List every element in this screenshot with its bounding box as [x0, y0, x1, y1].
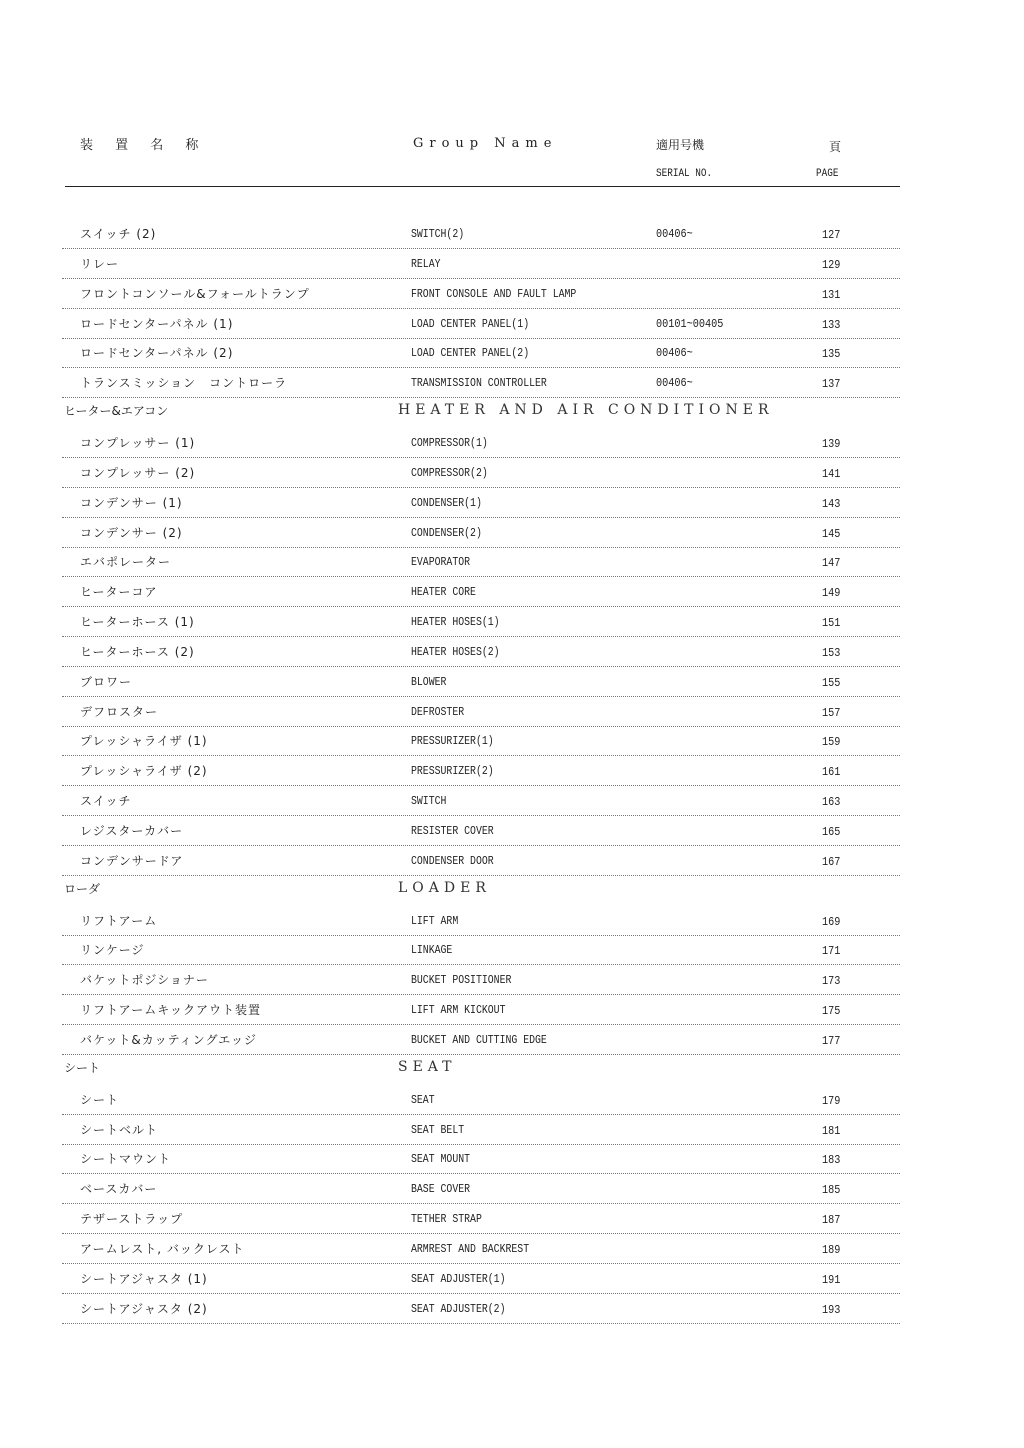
item-name-jp: シートアジャスタ (1) — [80, 1270, 208, 1287]
item-group-name: CONDENSER(2) — [411, 526, 482, 540]
dotted-leader-line — [62, 397, 900, 398]
item-page-number: 133 — [822, 318, 840, 332]
table-row: ベースカバーBASE COVER185 — [0, 1180, 1024, 1210]
dotted-leader-line — [62, 845, 900, 846]
dotted-leader-line — [62, 1293, 900, 1294]
section-title-jp: シート — [64, 1059, 100, 1076]
dotted-leader-line — [62, 1114, 900, 1115]
item-page-number: 173 — [822, 974, 840, 988]
item-page-number: 167 — [822, 855, 840, 869]
item-page-number: 143 — [822, 497, 840, 511]
table-row: コンデンサードアCONDENSER DOOR167 — [0, 852, 1024, 882]
table-row: ブロワーBLOWER155 — [0, 673, 1024, 703]
item-page-number: 161 — [822, 765, 840, 779]
dotted-leader-line — [62, 964, 900, 965]
dotted-leader-line — [62, 696, 900, 697]
table-row: ロードセンターパネル (2)LOAD CENTER PANEL(2)00406~… — [0, 344, 1024, 374]
item-page-number: 151 — [822, 616, 840, 630]
table-row: ロードセンターパネル (1)LOAD CENTER PANEL(1)00101~… — [0, 315, 1024, 345]
item-name-jp: コンデンサードア — [80, 852, 183, 869]
item-group-name: COMPRESSOR(2) — [411, 466, 488, 480]
item-page-number: 193 — [822, 1303, 840, 1317]
item-page-number: 139 — [822, 437, 840, 451]
item-group-name: LIFT ARM — [411, 914, 458, 928]
item-group-name: LINKAGE — [411, 943, 452, 957]
table-row: シートアジャスタ (1)SEAT ADJUSTER(1)191 — [0, 1270, 1024, 1300]
item-name-jp: アームレスト, バックレスト — [80, 1240, 245, 1257]
item-name-jp: ロードセンターパネル (2) — [80, 344, 233, 361]
dotted-leader-line — [62, 576, 900, 577]
item-name-jp: シートアジャスタ (2) — [80, 1300, 208, 1317]
item-page-number: 157 — [822, 706, 840, 720]
item-group-name: CONDENSER DOOR — [411, 854, 494, 868]
item-name-jp: デフロスター — [80, 703, 158, 720]
column-header-page-en: PAGE — [816, 168, 838, 180]
item-group-name: CONDENSER(1) — [411, 496, 482, 510]
item-group-name: PRESSURIZER(2) — [411, 764, 494, 778]
table-row: ヒーターホース (1)HEATER HOSES(1)151 — [0, 613, 1024, 643]
header-rule — [65, 186, 900, 187]
table-row: プレッシャライザ (2)PRESSURIZER(2)161 — [0, 762, 1024, 792]
item-group-name: TETHER STRAP — [411, 1212, 482, 1226]
item-group-name: HEATER HOSES(2) — [411, 645, 500, 659]
item-page-number: 191 — [822, 1273, 840, 1287]
table-row: バケット&カッティングエッジBUCKET AND CUTTING EDGE177 — [0, 1031, 1024, 1061]
dotted-leader-line — [62, 935, 900, 936]
dotted-leader-line — [62, 785, 900, 786]
item-name-jp: バケットポジショナー — [80, 971, 209, 988]
item-name-jp: リレー — [80, 255, 119, 272]
item-group-name: SEAT ADJUSTER(1) — [411, 1272, 505, 1286]
dotted-leader-line — [62, 994, 900, 995]
item-group-name: SWITCH — [411, 794, 446, 808]
item-name-jp: リフトアームキックアウト装置 — [80, 1001, 261, 1018]
item-group-name: SEAT ADJUSTER(2) — [411, 1302, 505, 1316]
table-row: ヒーターコアHEATER CORE149 — [0, 583, 1024, 613]
item-group-name: SWITCH(2) — [411, 227, 464, 241]
dotted-leader-line — [62, 1263, 900, 1264]
dotted-leader-line — [62, 636, 900, 637]
item-page-number: 177 — [822, 1034, 840, 1048]
item-page-number: 175 — [822, 1004, 840, 1018]
dotted-leader-line — [62, 1233, 900, 1234]
item-page-number: 179 — [822, 1094, 840, 1108]
column-header-group-name: Group Name — [413, 136, 557, 151]
column-header-japanese-name: 装 置 名 称 — [80, 134, 207, 153]
item-name-jp: リンケージ — [80, 941, 145, 958]
item-group-name: HEATER HOSES(1) — [411, 615, 500, 629]
item-name-jp: シートベルト — [80, 1121, 158, 1138]
item-name-jp: エバポレーター — [80, 553, 171, 570]
section-header: ローダLOADER — [0, 880, 1024, 910]
dotted-leader-line — [62, 547, 900, 548]
item-name-jp: ヒーターホース (2) — [80, 643, 195, 660]
item-name-jp: シート — [80, 1091, 119, 1108]
item-serial-no: 00101~00405 — [656, 317, 723, 331]
table-row: シートSEAT179 — [0, 1091, 1024, 1121]
table-row: リフトアームキックアウト装置LIFT ARM KICKOUT175 — [0, 1001, 1024, 1031]
section-title-en: LOADER — [398, 880, 491, 896]
dotted-leader-line — [62, 248, 900, 249]
item-group-name: LOAD CENTER PANEL(2) — [411, 346, 529, 360]
item-page-number: 147 — [822, 556, 840, 570]
table-row: コンデンサー (2)CONDENSER(2)145 — [0, 524, 1024, 554]
dotted-leader-line — [62, 367, 900, 368]
section-header: シートSEAT — [0, 1059, 1024, 1089]
dotted-leader-line — [62, 1323, 900, 1324]
item-page-number: 165 — [822, 825, 840, 839]
item-page-number: 185 — [822, 1183, 840, 1197]
dotted-leader-line — [62, 338, 900, 339]
table-row: フロントコンソール&フォールトランプFRONT CONSOLE AND FAUL… — [0, 285, 1024, 315]
dotted-leader-line — [62, 666, 900, 667]
item-name-jp: トランスミッション コントローラ — [80, 374, 287, 391]
index-page: 装 置 名 称 Group Name 適用号機 頁 SERIAL NO. PAG… — [0, 0, 1024, 1448]
dotted-leader-line — [62, 487, 900, 488]
item-serial-no: 00406~ — [656, 376, 693, 390]
item-group-name: SEAT MOUNT — [411, 1152, 470, 1166]
table-row: バケットポジショナーBUCKET POSITIONER173 — [0, 971, 1024, 1001]
item-name-jp: コンデンサー (1) — [80, 494, 183, 511]
dotted-leader-line — [62, 726, 900, 727]
item-name-jp: バケット&カッティングエッジ — [80, 1031, 257, 1048]
item-group-name: RELAY — [411, 257, 441, 271]
item-group-name: BUCKET AND CUTTING EDGE — [411, 1033, 547, 1047]
item-group-name: SEAT — [411, 1093, 435, 1107]
item-page-number: 189 — [822, 1243, 840, 1257]
dotted-leader-line — [62, 517, 900, 518]
item-name-jp: ブロワー — [80, 673, 132, 690]
table-row: ヒーターホース (2)HEATER HOSES(2)153 — [0, 643, 1024, 673]
item-name-jp: シートマウント — [80, 1150, 171, 1167]
table-row: コンデンサー (1)CONDENSER(1)143 — [0, 494, 1024, 524]
section-title-jp: ローダ — [64, 880, 100, 897]
section-title-jp: ヒーター&エアコン — [64, 402, 168, 419]
dotted-leader-line — [62, 1144, 900, 1145]
dotted-leader-line — [62, 875, 900, 876]
item-name-jp: プレッシャライザ (1) — [80, 732, 208, 749]
section-title-en: SEAT — [398, 1059, 457, 1075]
item-group-name: LOAD CENTER PANEL(1) — [411, 317, 529, 331]
item-page-number: 163 — [822, 795, 840, 809]
column-header-serial-en: SERIAL NO. — [656, 168, 712, 180]
table-row: リレーRELAY129 — [0, 255, 1024, 285]
item-group-name: PRESSURIZER(1) — [411, 734, 494, 748]
table-row: テザーストラップTETHER STRAP187 — [0, 1210, 1024, 1240]
table-row: シートマウントSEAT MOUNT183 — [0, 1150, 1024, 1180]
table-row: シートベルトSEAT BELT181 — [0, 1121, 1024, 1151]
table-row: リフトアームLIFT ARM169 — [0, 912, 1024, 942]
table-row: プレッシャライザ (1)PRESSURIZER(1)159 — [0, 732, 1024, 762]
item-name-jp: ヒーターホース (1) — [80, 613, 195, 630]
item-group-name: DEFROSTER — [411, 705, 464, 719]
item-group-name: SEAT BELT — [411, 1123, 464, 1137]
item-page-number: 187 — [822, 1213, 840, 1227]
item-name-jp: ロードセンターパネル (1) — [80, 315, 233, 332]
item-name-jp: コンデンサー (2) — [80, 524, 183, 541]
item-page-number: 169 — [822, 915, 840, 929]
item-name-jp: ヒーターコア — [80, 583, 158, 600]
dotted-leader-line — [62, 1203, 900, 1204]
item-name-jp: レジスターカバー — [80, 822, 183, 839]
item-name-jp: プレッシャライザ (2) — [80, 762, 208, 779]
item-group-name: TRANSMISSION CONTROLLER — [411, 376, 547, 390]
item-serial-no: 00406~ — [656, 346, 693, 360]
item-group-name: LIFT ARM KICKOUT — [411, 1003, 505, 1017]
item-page-number: 137 — [822, 377, 840, 391]
item-name-jp: フロントコンソール&フォールトランプ — [80, 285, 310, 302]
item-group-name: FRONT CONSOLE AND FAULT LAMP — [411, 287, 576, 301]
item-group-name: ARMREST AND BACKREST — [411, 1242, 529, 1256]
item-group-name: COMPRESSOR(1) — [411, 436, 488, 450]
item-name-jp: スイッチ — [80, 792, 132, 809]
item-name-jp: スイッチ (2) — [80, 225, 156, 242]
table-row: エバポレーターEVAPORATOR147 — [0, 553, 1024, 583]
table-row: スイッチSWITCH163 — [0, 792, 1024, 822]
item-page-number: 181 — [822, 1124, 840, 1138]
item-page-number: 141 — [822, 467, 840, 481]
table-row: スイッチ (2)SWITCH(2)00406~127 — [0, 225, 1024, 255]
table-row: コンプレッサー (1)COMPRESSOR(1)139 — [0, 434, 1024, 464]
dotted-leader-line — [62, 1173, 900, 1174]
dotted-leader-line — [62, 755, 900, 756]
table-row: デフロスターDEFROSTER157 — [0, 703, 1024, 733]
item-page-number: 127 — [822, 228, 840, 242]
table-row: リンケージLINKAGE171 — [0, 941, 1024, 971]
item-name-jp: コンプレッサー (1) — [80, 434, 195, 451]
item-group-name: RESISTER COVER — [411, 824, 494, 838]
item-page-number: 155 — [822, 676, 840, 690]
item-page-number: 135 — [822, 347, 840, 361]
dotted-leader-line — [62, 606, 900, 607]
column-header-serial-jp: 適用号機 — [656, 136, 704, 153]
item-page-number: 159 — [822, 735, 840, 749]
item-page-number: 153 — [822, 646, 840, 660]
item-page-number: 149 — [822, 586, 840, 600]
table-row: トランスミッション コントローラTRANSMISSION CONTROLLER0… — [0, 374, 1024, 404]
dotted-leader-line — [62, 278, 900, 279]
dotted-leader-line — [62, 457, 900, 458]
item-page-number: 183 — [822, 1153, 840, 1167]
dotted-leader-line — [62, 815, 900, 816]
item-name-jp: テザーストラップ — [80, 1210, 183, 1227]
section-title-en: HEATER AND AIR CONDITIONER — [398, 402, 774, 418]
table-row: シートアジャスタ (2)SEAT ADJUSTER(2)193 — [0, 1300, 1024, 1330]
item-name-jp: リフトアーム — [80, 912, 157, 929]
dotted-leader-line — [62, 308, 900, 309]
table-row: レジスターカバーRESISTER COVER165 — [0, 822, 1024, 852]
item-group-name: BUCKET POSITIONER — [411, 973, 511, 987]
item-group-name: BLOWER — [411, 675, 446, 689]
item-page-number: 145 — [822, 527, 840, 541]
item-group-name: BASE COVER — [411, 1182, 470, 1196]
dotted-leader-line — [62, 1024, 900, 1025]
item-page-number: 171 — [822, 944, 840, 958]
item-group-name: HEATER CORE — [411, 585, 476, 599]
section-header: ヒーター&エアコンHEATER AND AIR CONDITIONER — [0, 402, 1024, 432]
item-page-number: 131 — [822, 288, 840, 302]
item-page-number: 129 — [822, 258, 840, 272]
item-group-name: EVAPORATOR — [411, 555, 470, 569]
table-row: アームレスト, バックレストARMREST AND BACKREST189 — [0, 1240, 1024, 1270]
table-row: コンプレッサー (2)COMPRESSOR(2)141 — [0, 464, 1024, 494]
column-header-page-jp: 頁 — [829, 138, 841, 155]
item-serial-no: 00406~ — [656, 227, 693, 241]
item-name-jp: コンプレッサー (2) — [80, 464, 195, 481]
dotted-leader-line — [62, 1054, 900, 1055]
item-name-jp: ベースカバー — [80, 1180, 157, 1197]
